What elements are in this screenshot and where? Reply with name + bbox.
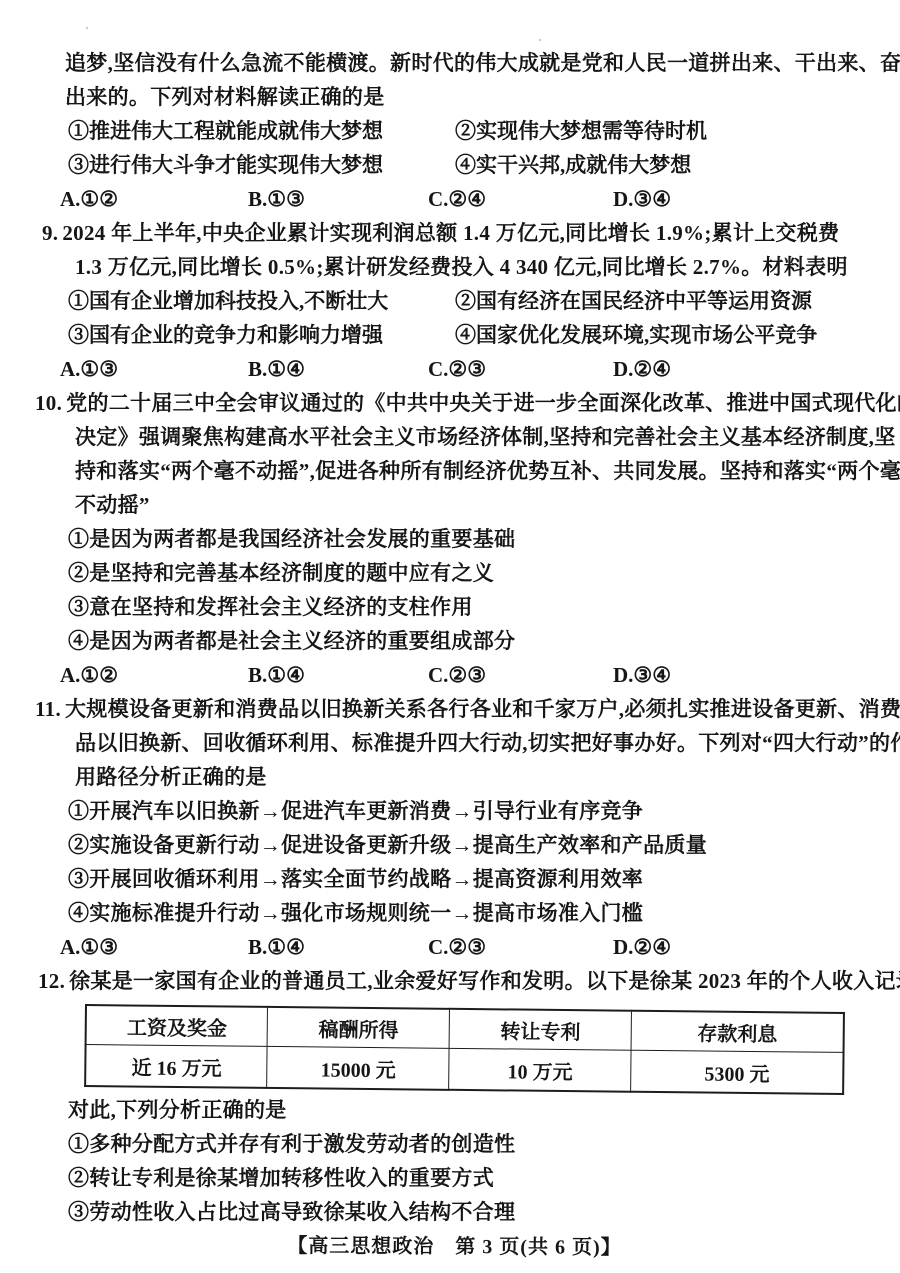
answer-b: B.①③ [248, 182, 305, 216]
exam-page: 追梦,坚信没有什么急流不能横渡。新时代的伟大成就是党和人民一道拼出来、干出来、奋… [0, 0, 900, 1273]
option-row: ①推进伟大工程就能成就伟大梦想 ②实现伟大梦想需等待时机 [35, 114, 874, 148]
answer-a: A.①③ [60, 352, 118, 386]
scan-speck [143, 58, 145, 60]
stem-text: 2024 年上半年,中央企业累计实现利润总额 1.4 万亿元,同比增长 1.9%… [62, 221, 839, 245]
answer-a: A.①③ [60, 930, 118, 964]
option-row: ③国有企业的竞争力和影响力增强 ④国家优化发展环境,实现市场公平竞争 [35, 318, 874, 352]
answer-d: D.③④ [613, 182, 671, 216]
option-4: ④实施标准提升行动→强化市场规则统一→提高市场准入门槛 [35, 896, 874, 930]
stem-line: 出来的。下列对材料解读正确的是 [35, 80, 874, 114]
answer-b: B.①④ [248, 930, 305, 964]
option-3: ③劳动性收入占比过高导致徐某收入结构不合理 [35, 1195, 874, 1229]
question-8: 追梦,坚信没有什么急流不能横渡。新时代的伟大成就是党和人民一道拼出来、干出来、奋… [35, 46, 874, 216]
page-footer: 【高三思想政治 第 3 页(共 6 页)】 [35, 1229, 874, 1265]
stem-line: 品以旧换新、回收循环利用、标准提升四大行动,切实把好事办好。下列对“四大行动”的… [35, 726, 874, 760]
option-3: ③国有企业的竞争力和影响力增强 [68, 318, 383, 352]
table-value-row: 近 16 万元 15000 元 10 万元 5300 元 [85, 1045, 843, 1094]
question-number: 10. [35, 391, 66, 415]
stem-line: 用路径分析正确的是 [35, 760, 874, 794]
table-value-cell: 近 16 万元 [85, 1045, 267, 1088]
option-4: ④是因为两者都是社会主义经济的重要组成部分 [35, 624, 874, 658]
option-1: ①是因为两者都是我国经济社会发展的重要基础 [35, 522, 874, 556]
answer-d: D.②④ [613, 930, 671, 964]
answer-c: C.②③ [428, 352, 486, 386]
stem-line: 11.大规模设备更新和消费品以旧换新关系各行各业和千家万户,必须扎实推进设备更新… [35, 692, 874, 726]
option-2: ②实现伟大梦想需等待时机 [455, 114, 707, 148]
option-1: ①推进伟大工程就能成就伟大梦想 [68, 114, 383, 148]
scan-speck [86, 27, 88, 29]
answer-a: A.①② [60, 658, 118, 692]
option-4: ④国家优化发展环境,实现市场公平竞争 [455, 318, 817, 352]
option-2: ②实施设备更新行动→促进设备更新升级→提高生产效率和产品质量 [35, 828, 874, 862]
answer-d: D.②④ [613, 352, 671, 386]
stem-line: 1.3 万亿元,同比增长 0.5%;累计研发经费投入 4 340 亿元,同比增长… [35, 250, 874, 284]
table-value-cell: 10 万元 [449, 1048, 631, 1091]
question-11: 11.大规模设备更新和消费品以旧换新关系各行各业和千家万户,必须扎实推进设备更新… [35, 692, 874, 964]
option-1: ①多种分配方式并存有利于激发劳动者的创造性 [35, 1127, 874, 1161]
stem-line: 12.徐某是一家国有企业的普通员工,业余爱好写作和发明。以下是徐某 2023 年… [35, 964, 874, 998]
question-9: 9.2024 年上半年,中央企业累计实现利润总额 1.4 万亿元,同比增长 1.… [35, 216, 874, 386]
question-12: 12.徐某是一家国有企业的普通员工,业余爱好写作和发明。以下是徐某 2023 年… [35, 964, 874, 1229]
option-row: ③进行伟大斗争才能实现伟大梦想 ④实干兴邦,成就伟大梦想 [35, 148, 874, 182]
income-table: 工资及奖金 稿酬所得 转让专利 存款利息 近 16 万元 15000 元 10 … [84, 1004, 845, 1095]
option-3: ③进行伟大斗争才能实现伟大梦想 [68, 148, 383, 182]
option-1: ①开展汽车以旧换新→促进汽车更新消费→引导行业有序竞争 [35, 794, 874, 828]
answer-d: D.③④ [613, 658, 671, 692]
table-header-cell: 稿酬所得 [267, 1007, 449, 1048]
table-header-cell: 工资及奖金 [86, 1005, 268, 1046]
question-number: 9. [42, 221, 62, 245]
stem-text: 大规模设备更新和消费品以旧换新关系各行各业和千家万户,必须扎实推进设备更新、消费 [65, 697, 900, 721]
answer-a: A.①② [60, 182, 118, 216]
option-2: ②转让专利是徐某增加转移性收入的重要方式 [35, 1161, 874, 1195]
answer-row: A.①② B.①④ C.②③ D.③④ [35, 658, 874, 692]
question-number: 12. [38, 969, 69, 993]
stem-line: 追梦,坚信没有什么急流不能横渡。新时代的伟大成就是党和人民一道拼出来、干出来、奋… [35, 46, 874, 80]
table-value-cell: 5300 元 [631, 1050, 844, 1094]
stem-line: 决定》强调聚焦构建高水平社会主义市场经济体制,坚持和完善社会主义基本经济制度,坚 [35, 420, 874, 454]
table-header-cell: 存款利息 [631, 1011, 844, 1053]
option-1: ①国有企业增加科技投入,不断壮大 [68, 284, 388, 318]
stem-line: 持和落实“两个毫不动摇”,促进各种所有制经济优势互补、共同发展。坚持和落实“两个… [35, 454, 874, 488]
answer-b: B.①④ [248, 352, 305, 386]
answer-row: A.①③ B.①④ C.②③ D.②④ [35, 352, 874, 386]
stem-line: 9.2024 年上半年,中央企业累计实现利润总额 1.4 万亿元,同比增长 1.… [35, 216, 874, 250]
scan-speck [539, 39, 541, 41]
stem-text: 徐某是一家国有企业的普通员工,业余爱好写作和发明。以下是徐某 2023 年的个人… [69, 969, 900, 993]
stem-text: 党的二十届三中全会审议通过的《中共中央关于进一步全面深化改革、推进中国式现代化的 [66, 391, 900, 415]
question-10: 10.党的二十届三中全会审议通过的《中共中央关于进一步全面深化改革、推进中国式现… [35, 386, 874, 692]
option-4: ④实干兴邦,成就伟大梦想 [455, 148, 691, 182]
option-3: ③开展回收循环利用→落实全面节约战略→提高资源利用效率 [35, 862, 874, 896]
table-value-cell: 15000 元 [267, 1046, 449, 1089]
answer-row: A.①③ B.①④ C.②③ D.②④ [35, 930, 874, 964]
option-3: ③意在坚持和发挥社会主义经济的支柱作用 [35, 590, 874, 624]
option-row: ①国有企业增加科技投入,不断壮大 ②国有经济在国民经济中平等运用资源 [35, 284, 874, 318]
answer-c: C.②③ [428, 930, 486, 964]
question-number: 11. [35, 697, 65, 721]
option-2: ②国有经济在国民经济中平等运用资源 [455, 284, 812, 318]
stem-line: 不动摇” [35, 488, 874, 522]
option-2: ②是坚持和完善基本经济制度的题中应有之义 [35, 556, 874, 590]
answer-b: B.①④ [248, 658, 305, 692]
table-header-cell: 转让专利 [449, 1009, 631, 1050]
prompt-line: 对此,下列分析正确的是 [35, 1093, 874, 1127]
answer-c: C.②③ [428, 658, 486, 692]
answer-row: A.①② B.①③ C.②④ D.③④ [35, 182, 874, 216]
stem-line: 10.党的二十届三中全会审议通过的《中共中央关于进一步全面深化改革、推进中国式现… [35, 386, 874, 420]
income-table-wrap: 工资及奖金 稿酬所得 转让专利 存款利息 近 16 万元 15000 元 10 … [84, 1004, 874, 1095]
answer-c: C.②④ [428, 182, 486, 216]
